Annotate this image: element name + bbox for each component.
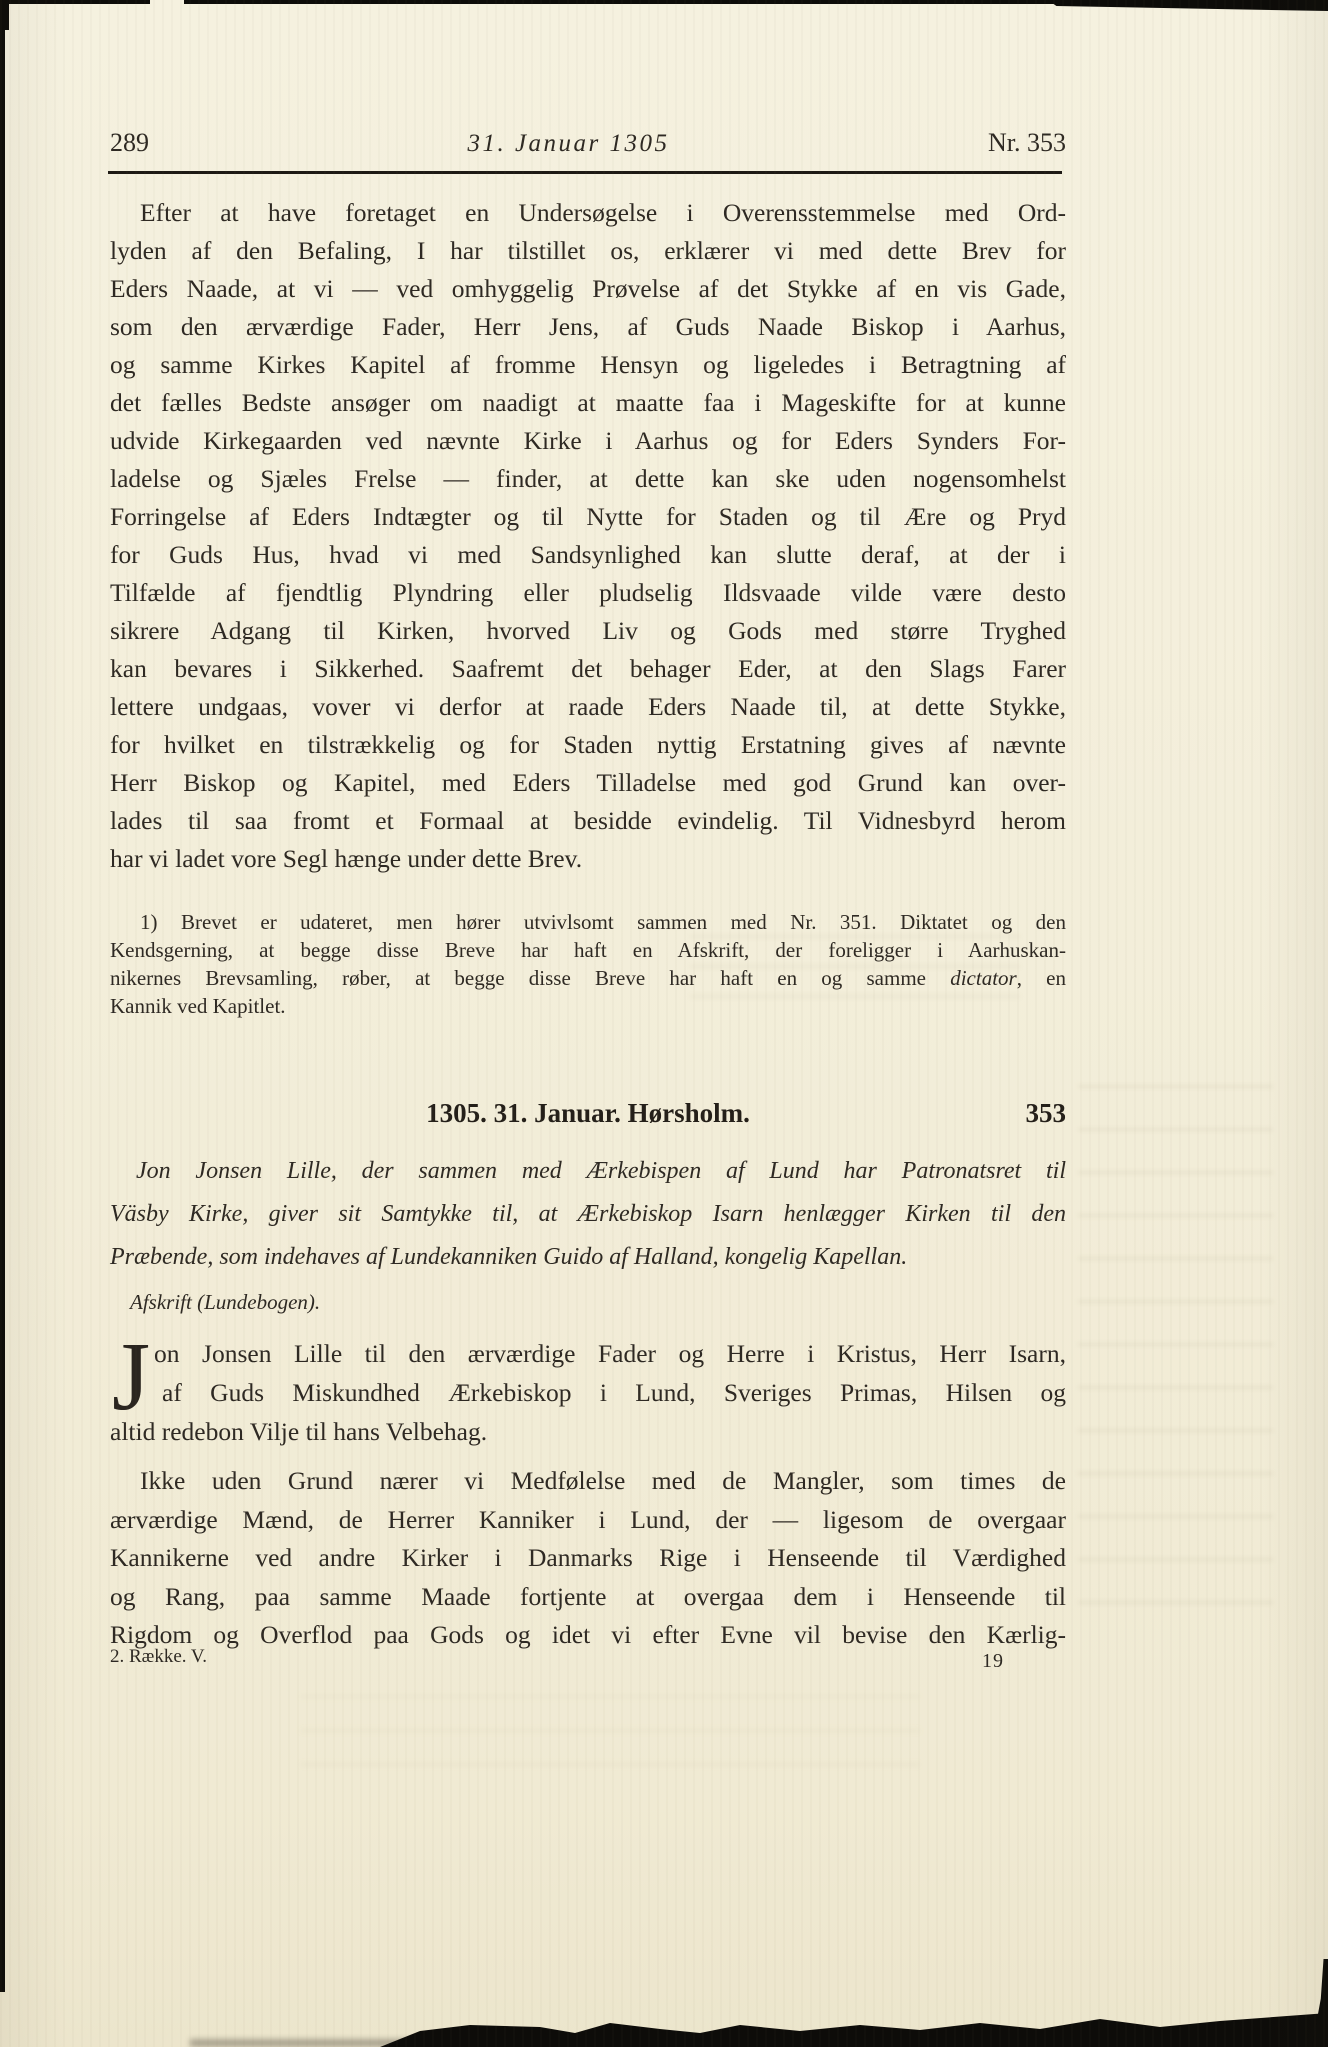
page-number: 289 — [110, 128, 149, 158]
text-line: Præbende, som indehaves af Lundekanniken… — [110, 1236, 1066, 1279]
text-line: Rigdom og Overflod paa Gods og idet vi e… — [110, 1616, 1066, 1655]
text-line: Eders Naade, at vi — ved omhyggelig Prøv… — [110, 270, 1066, 308]
text-line: Tilfælde af fjendtlig Plyndring eller pl… — [110, 574, 1066, 612]
footnote-italic-term: dictator — [950, 966, 1017, 990]
scan-edge-top-right — [1048, 0, 1328, 11]
text-line: Kendsgerning, at begge disse Breve har h… — [110, 936, 1066, 964]
text-line: altid redebon Vilje til hans Velbehag. — [110, 1412, 1066, 1451]
bleedthrough-smudge — [1078, 1085, 1273, 1625]
scan-edge-left-top — [0, 0, 9, 30]
document-number: Nr. 353 — [988, 128, 1066, 158]
document-summary: Jon Jonsen Lille, der sammen med Ærkebis… — [110, 1150, 1066, 1279]
text-line: af Guds Miskundhed Ærkebiskop i Lund, Sv… — [110, 1373, 1066, 1412]
text-line: on Jonsen Lille til den ærværdige Fader … — [110, 1334, 1066, 1373]
section-heading: 1305. 31. Januar. Hørsholm. 353 — [110, 1098, 1066, 1129]
book-page-scan: 289 31. Januar 1305 Nr. 353 Efter at hav… — [0, 0, 1328, 2047]
text-line: Väsby Kirke, giver sit Samtykke til, at … — [110, 1193, 1066, 1236]
series-label: 2. Række. V. — [110, 1646, 207, 1668]
running-header: 289 31. Januar 1305 Nr. 353 — [110, 128, 1066, 158]
text-line: 1) Brevet er udateret, men hører utvivls… — [110, 908, 1066, 936]
document-353-opening: J on Jonsen Lille til den ærværdige Fade… — [110, 1334, 1066, 1451]
section-heading-date-place: 1305. 31. Januar. Hørsholm. — [110, 1098, 1066, 1129]
bleedthrough-smudge — [300, 1695, 920, 1785]
text-line: og samme Kirkes Kapitel af fromme Hensyn… — [110, 346, 1066, 384]
text-line: Kannik ved Kapitlet. — [110, 992, 1066, 1020]
text-line: Forringelse af Eders Indtægter og til Ny… — [110, 498, 1066, 536]
text-line: som den ærværdige Fader, Herr Jens, af G… — [110, 308, 1066, 346]
text-line: Efter at have foretaget en Undersøgelse … — [110, 194, 1066, 232]
text-line: det fælles Bedste ansøger om naadigt at … — [110, 384, 1066, 422]
text-line: Ikke uden Grund nærer vi Medfølelse med … — [110, 1462, 1066, 1501]
text-line: Jon Jonsen Lille, der sammen med Ærkebis… — [110, 1150, 1066, 1193]
text-line: udvide Kirkegaarden ved nævnte Kirke i A… — [110, 422, 1066, 460]
scan-edge-left — [0, 0, 5, 1992]
document-353-body: Ikke uden Grund nærer vi Medfølelse med … — [110, 1462, 1066, 1655]
text-line: Herr Biskop og Kapitel, med Eders Tillad… — [110, 764, 1066, 802]
text-line: sikrere Adgang til Kirken, hvorved Liv o… — [110, 612, 1066, 650]
running-title: 31. Januar 1305 — [467, 130, 669, 158]
text-line: ærværdige Mænd, de Herrer Kanniker i Lun… — [110, 1501, 1066, 1540]
scan-edge-top-notch — [150, 0, 184, 4]
text-line: nikernes Brevsamling, røber, at begge di… — [110, 964, 1066, 992]
text-line: har vi ladet vore Segl hænge under dette… — [110, 840, 1066, 878]
text-line: kan bevares i Sikkerhed. Saafremt det be… — [110, 650, 1066, 688]
text-line: lettere undgaas, vover vi derfor at raad… — [110, 688, 1066, 726]
source-note: Afskrift (Lundebogen). — [110, 1290, 1086, 1315]
text-line: lades til saa fromt et Formaal at besidd… — [110, 802, 1066, 840]
footnote: 1) Brevet er udateret, men hører utvivls… — [110, 908, 1066, 1020]
text-line: lyden af den Befaling, I har tilstillet … — [110, 232, 1066, 270]
text-line: for Guds Hus, hvad vi med Sandsynlighed … — [110, 536, 1066, 574]
document-352-body: Efter at have foretaget en Undersøgelse … — [110, 194, 1066, 878]
signature-number: 19 — [982, 1650, 1004, 1673]
text-line: for hvilket en tilstrækkelig og for Stad… — [110, 726, 1066, 764]
section-number: 353 — [1026, 1098, 1067, 1129]
initial-dropcap: J — [112, 1328, 150, 1426]
footnote-text: nikernes Brevsamling, røber, at begge di… — [110, 966, 950, 990]
text-line: Kannikerne ved andre Kirker i Danmarks R… — [110, 1539, 1066, 1578]
footnote-text: , en — [1017, 966, 1066, 990]
scan-edge-bottom — [0, 1997, 1328, 2047]
text-line: og Rang, paa samme Maade fortjente at ov… — [110, 1578, 1066, 1617]
text-line: ladelse og Sjæles Frelse — finder, at de… — [110, 460, 1066, 498]
header-rule — [108, 171, 1062, 174]
